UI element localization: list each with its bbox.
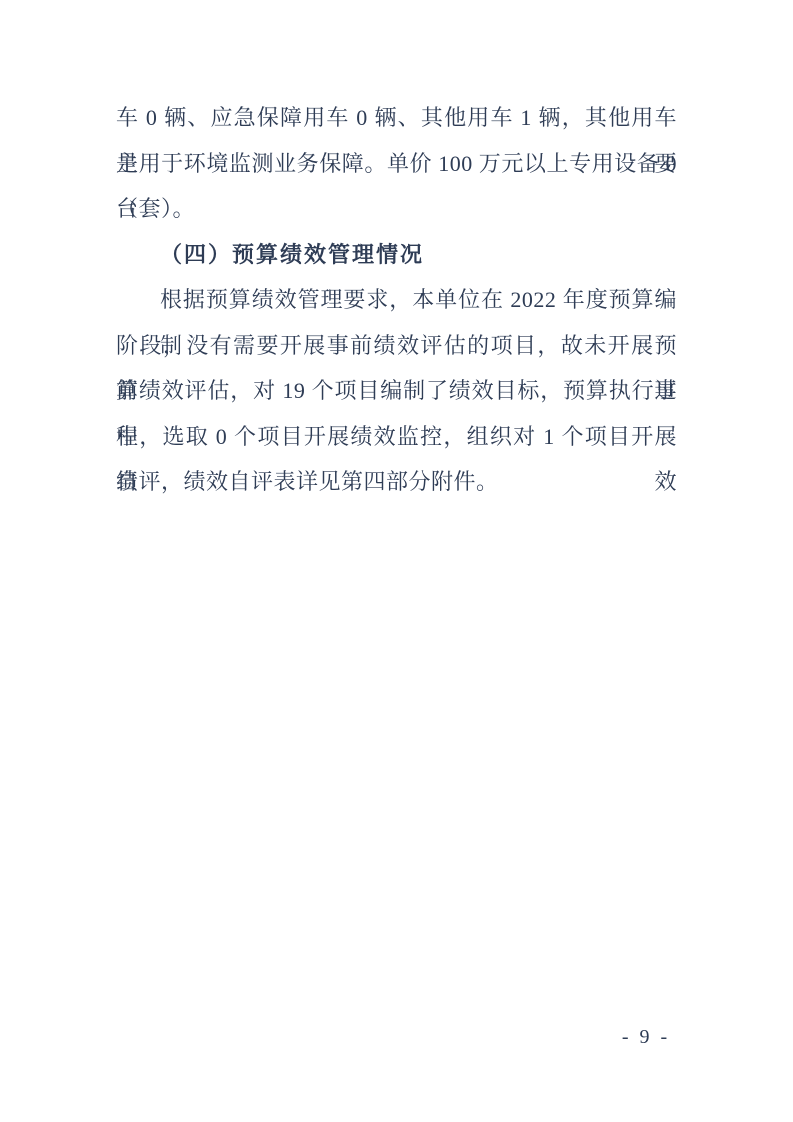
paragraph-performance: 根据预算绩效管理要求，本单位在 2022 年度预算编制 阶段，没有需要开展事前绩… (116, 277, 677, 505)
text-line: 车 0 辆、应急保障用车 0 辆、其他用车 1 辆，其他用车主要 (116, 95, 677, 141)
text-line: 前绩效评估，对 19 个项目编制了绩效目标，预算执行过程 (116, 368, 677, 414)
document-body: 车 0 辆、应急保障用车 0 辆、其他用车 1 辆，其他用车主要 是用于环境监测… (116, 95, 677, 505)
text-line: 中，选取 0 个项目开展绩效监控，组织对 1 个项目开展绩效 (116, 414, 677, 460)
text-line: 根据预算绩效管理要求，本单位在 2022 年度预算编制 (116, 277, 677, 323)
section-heading: （四）预算绩效管理情况 (116, 232, 677, 278)
text-line: 阶段，没有需要开展事前绩效评估的项目，故未开展预算事 (116, 323, 677, 369)
document-page: 车 0 辆、应急保障用车 0 辆、其他用车 1 辆，其他用车主要 是用于环境监测… (0, 0, 793, 1122)
paragraph-vehicle-equipment: 车 0 辆、应急保障用车 0 辆、其他用车 1 辆，其他用车主要 是用于环境监测… (116, 95, 677, 232)
text-line: （套）。 (116, 186, 677, 232)
text-line: 是用于环境监测业务保障。单价 100 万元以上专用设备 0 台 (116, 141, 677, 187)
page-number: - 9 - (598, 1022, 694, 1052)
